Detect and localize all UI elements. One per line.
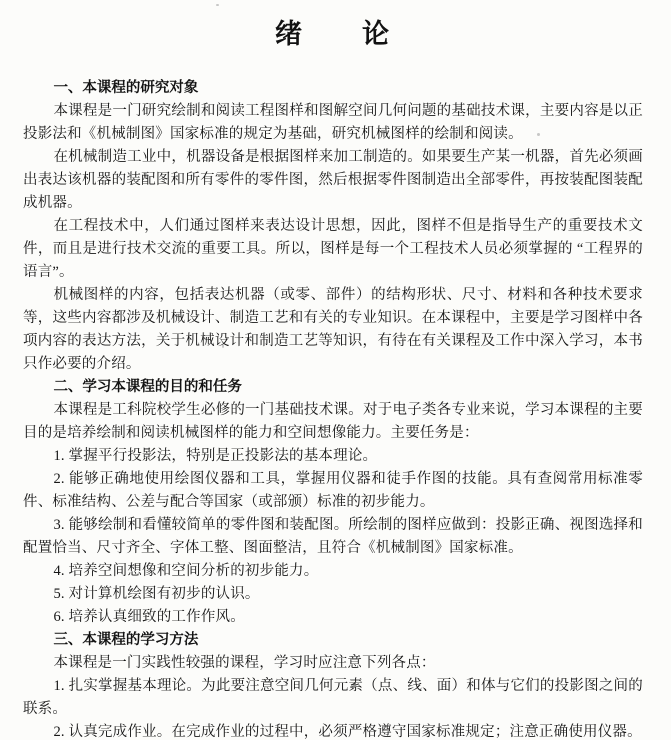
scan-speck xyxy=(216,4,219,6)
scan-speck xyxy=(537,133,540,136)
numbered-item: 5. 对计算机绘图有初步的认识。 xyxy=(23,583,643,606)
paragraph: 本课程是工科院校学生必修的一门基础技术课。对于电子类各专业来说，学习本课程的主要… xyxy=(23,399,643,445)
paragraph: 在工程技术中，人们通过图样来表达设计思想，因此，图样不但是指导生产的重要技术文件… xyxy=(23,215,643,284)
numbered-item: 2. 认真完成作业。在完成作业的过程中，必须严格遵守国家标准规定；注意正确使用仪… xyxy=(23,721,643,740)
section-purpose-tasks: 二、学习本课程的目的和任务 本课程是工科院校学生必修的一门基础技术课。对于电子类… xyxy=(23,376,643,629)
section-2-heading: 二、学习本课程的目的和任务 xyxy=(23,376,643,399)
section-study-methods: 三、本课程的学习方法 本课程是一门实践性较强的课程，学习时应注意下列各点： 1.… xyxy=(23,629,643,740)
section-3-heading: 三、本课程的学习方法 xyxy=(23,629,643,652)
document-page: 绪 论 一、本课程的研究对象 本课程是一门研究绘制和阅读工程图样和图解空间几何问… xyxy=(0,0,671,740)
page-title: 绪 论 xyxy=(23,12,643,51)
section-research-object: 一、本课程的研究对象 本课程是一门研究绘制和阅读工程图样和图解空间几何问题的基础… xyxy=(23,77,643,376)
section-1-heading: 一、本课程的研究对象 xyxy=(23,77,643,100)
paragraph: 本课程是一门研究绘制和阅读工程图样和图解空间几何问题的基础技术课，主要内容是以正… xyxy=(23,100,643,146)
numbered-item: 3. 能够绘制和看懂较简单的零件图和装配图。所绘制的图样应做到：投影正确、视图选… xyxy=(23,514,643,560)
numbered-item: 1. 扎实掌握基本理论。为此要注意空间几何元素（点、线、面）和体与它们的投影图之… xyxy=(23,675,643,721)
numbered-item: 2. 能够正确地使用绘图仪器和工具，掌握用仪器和徒手作图的技能。具有查阅常用标准… xyxy=(23,468,643,514)
scan-speck xyxy=(222,344,224,348)
numbered-item: 6. 培养认真细致的工作作风。 xyxy=(23,606,643,629)
numbered-item: 4. 培养空间想像和空间分析的初步能力。 xyxy=(23,560,643,583)
paragraph: 本课程是一门实践性较强的课程，学习时应注意下列各点： xyxy=(23,652,643,675)
paragraph: 机械图样的内容，包括表达机器（或零、部件）的结构形状、尺寸、材料和各种技术要求等… xyxy=(23,284,643,376)
paragraph: 在机械制造工业中，机器设备是根据图样来加工制造的。如果要生产某一机器，首先必须画… xyxy=(23,146,643,215)
numbered-item: 1. 掌握平行投影法，特别是正投影法的基本理论。 xyxy=(23,445,643,468)
